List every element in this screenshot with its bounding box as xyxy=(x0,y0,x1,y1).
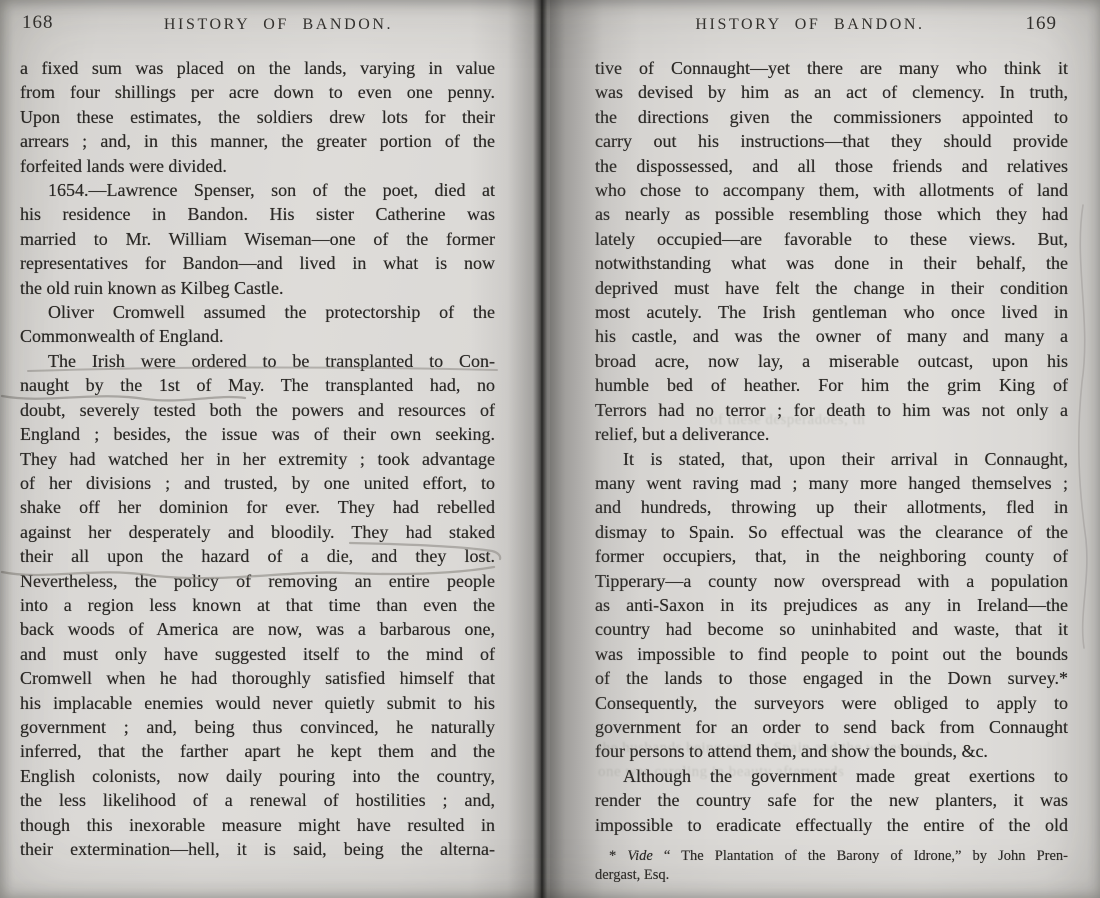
text-line: who chose to accompany them, with allotm… xyxy=(595,178,1068,202)
text-line: Commonwealth of England. xyxy=(20,324,495,348)
text-line: Although the government made great exert… xyxy=(595,764,1068,788)
text-line: country had become so uninhabited and wa… xyxy=(595,617,1068,641)
text-line: dergast, Esq. xyxy=(595,866,1068,885)
text-line: government ; and, being thus convinced, … xyxy=(20,715,495,739)
text-line: though this inexorable measure might hav… xyxy=(20,813,495,837)
text-line: the less likelihood of a renewal of host… xyxy=(20,788,495,812)
text-line: government for an order to send back fro… xyxy=(595,715,1068,739)
right-page-footnote: * Vide “ The Plantation of the Barony of… xyxy=(595,847,1068,884)
text-line: Consequently, the surveyors were obliged… xyxy=(595,691,1068,715)
text-line: deprived must have felt the change in th… xyxy=(595,276,1068,300)
text-line: doubt, severely tested both the powers a… xyxy=(20,398,495,422)
right-page-body: tive of Connaught—yet there are many who… xyxy=(595,56,1068,837)
text-line: many went raving mad ; many more hanged … xyxy=(595,471,1068,495)
text-line: tive of Connaught—yet there are many who… xyxy=(595,56,1068,80)
text-line: Tipperary—a county now overspread with a… xyxy=(595,569,1068,593)
text-line: of her divisions ; and trusted, by one u… xyxy=(20,471,495,495)
text-line: former occupiers, that, in the neighbori… xyxy=(595,544,1068,568)
page-number-left: 168 xyxy=(22,12,54,34)
text-line: Cromwell when he had thoroughly satisfie… xyxy=(20,666,495,690)
text-line: four persons to attend them, and show th… xyxy=(595,739,1068,763)
text-line: was devised by him as an act of clemency… xyxy=(595,80,1068,104)
page-number-right: 169 xyxy=(1026,13,1058,35)
text-line: representatives for Bandon—and lived in … xyxy=(20,251,495,275)
text-line: their extermination—hell, it is said, be… xyxy=(20,837,495,861)
text-line: humble bed of heather. For him the grim … xyxy=(595,373,1068,397)
text-line: into a region less known at that time th… xyxy=(20,593,495,617)
text-line: most acutely. The Irish gentleman who on… xyxy=(595,300,1068,324)
book-scan: 168 HISTORY OF BANDON. a fixed sum was p… xyxy=(0,0,1100,898)
text-line: the directions given the commissioners a… xyxy=(595,105,1068,129)
text-line: against her desperately and bloodily. Th… xyxy=(20,520,495,544)
text-line: English colonists, now daily pouring int… xyxy=(20,764,495,788)
text-line: and must only have suggested itself to t… xyxy=(20,642,495,666)
text-line: back woods of America are now, was a bar… xyxy=(20,617,495,641)
text-line: shake off her dominion for ever. They ha… xyxy=(20,495,495,519)
text-line: their all upon the hazard of a die, and … xyxy=(20,544,495,568)
right-page: HISTORY OF BANDON. 169 of these desperad… xyxy=(550,0,1100,898)
text-line: carry out his instructions—that they sho… xyxy=(595,129,1068,153)
text-line: render the country safe for the new plan… xyxy=(595,788,1068,812)
text-line: arrears ; and, in this manner, the great… xyxy=(20,129,495,153)
text-line: Upon these estimates, the soldiers drew … xyxy=(20,105,495,129)
text-line: England ; besides, the issue was of thei… xyxy=(20,422,495,446)
text-line: * Vide “ The Plantation of the Barony of… xyxy=(595,847,1068,866)
text-line: from four shillings per acre down to eve… xyxy=(20,80,495,104)
text-line: 1654.—Lawrence Spenser, son of the poet,… xyxy=(20,178,495,202)
text-line: relief, but a deliverance. xyxy=(595,422,1068,446)
text-line: of the lands to those engaged in the Dow… xyxy=(595,666,1068,690)
running-header-left: HISTORY OF BANDON. xyxy=(60,16,497,34)
text-line: The Irish were ordered to be transplante… xyxy=(20,349,495,373)
text-line: broad acre, now lay, a miserable outcast… xyxy=(595,349,1068,373)
text-line: They had watched her in her extremity ; … xyxy=(20,447,495,471)
text-line: impossible to eradicate effectually the … xyxy=(595,813,1068,837)
text-line: naught by the 1st of May. The transplant… xyxy=(20,373,495,397)
text-line: Nevertheless, the policy of removing an … xyxy=(20,569,495,593)
text-line: forfeited lands were divided. xyxy=(20,154,495,178)
text-line: his implacable enemies would never quiet… xyxy=(20,691,495,715)
text-line: and hundreds, throwing up their allotmen… xyxy=(595,495,1068,519)
text-line: inferred, that the farther apart he kept… xyxy=(20,739,495,763)
text-line: the old ruin known as Kilbeg Castle. xyxy=(20,276,495,300)
text-line: a fixed sum was placed on the lands, var… xyxy=(20,56,495,80)
running-header-right: HISTORY OF BANDON. xyxy=(595,16,1025,34)
text-line: It is stated, that, upon their arrival i… xyxy=(595,447,1068,471)
text-line: lately occupied—are favorable to these v… xyxy=(595,227,1068,251)
text-line: Terrors had no terror ; for death to him… xyxy=(595,398,1068,422)
text-line: was impossible to find people to point o… xyxy=(595,642,1068,666)
text-line: Oliver Cromwell assumed the protectorshi… xyxy=(20,300,495,324)
left-page-body: a fixed sum was placed on the lands, var… xyxy=(20,56,495,861)
text-line: as nearly as possible resembling those w… xyxy=(595,202,1068,226)
text-line: married to Mr. William Wiseman—one of th… xyxy=(20,227,495,251)
text-line: dismay to Spain. So effectual was the cl… xyxy=(595,520,1068,544)
left-page: 168 HISTORY OF BANDON. a fixed sum was p… xyxy=(0,0,550,898)
text-line: his castle, and was the owner of many an… xyxy=(595,324,1068,348)
text-line: notwithstanding what was done in their b… xyxy=(595,251,1068,275)
text-line: his residence in Bandon. His sister Cath… xyxy=(20,202,495,226)
text-line: as anti-Saxon in its prejudices as any i… xyxy=(595,593,1068,617)
text-line: the dispossessed, and all those friends … xyxy=(595,154,1068,178)
